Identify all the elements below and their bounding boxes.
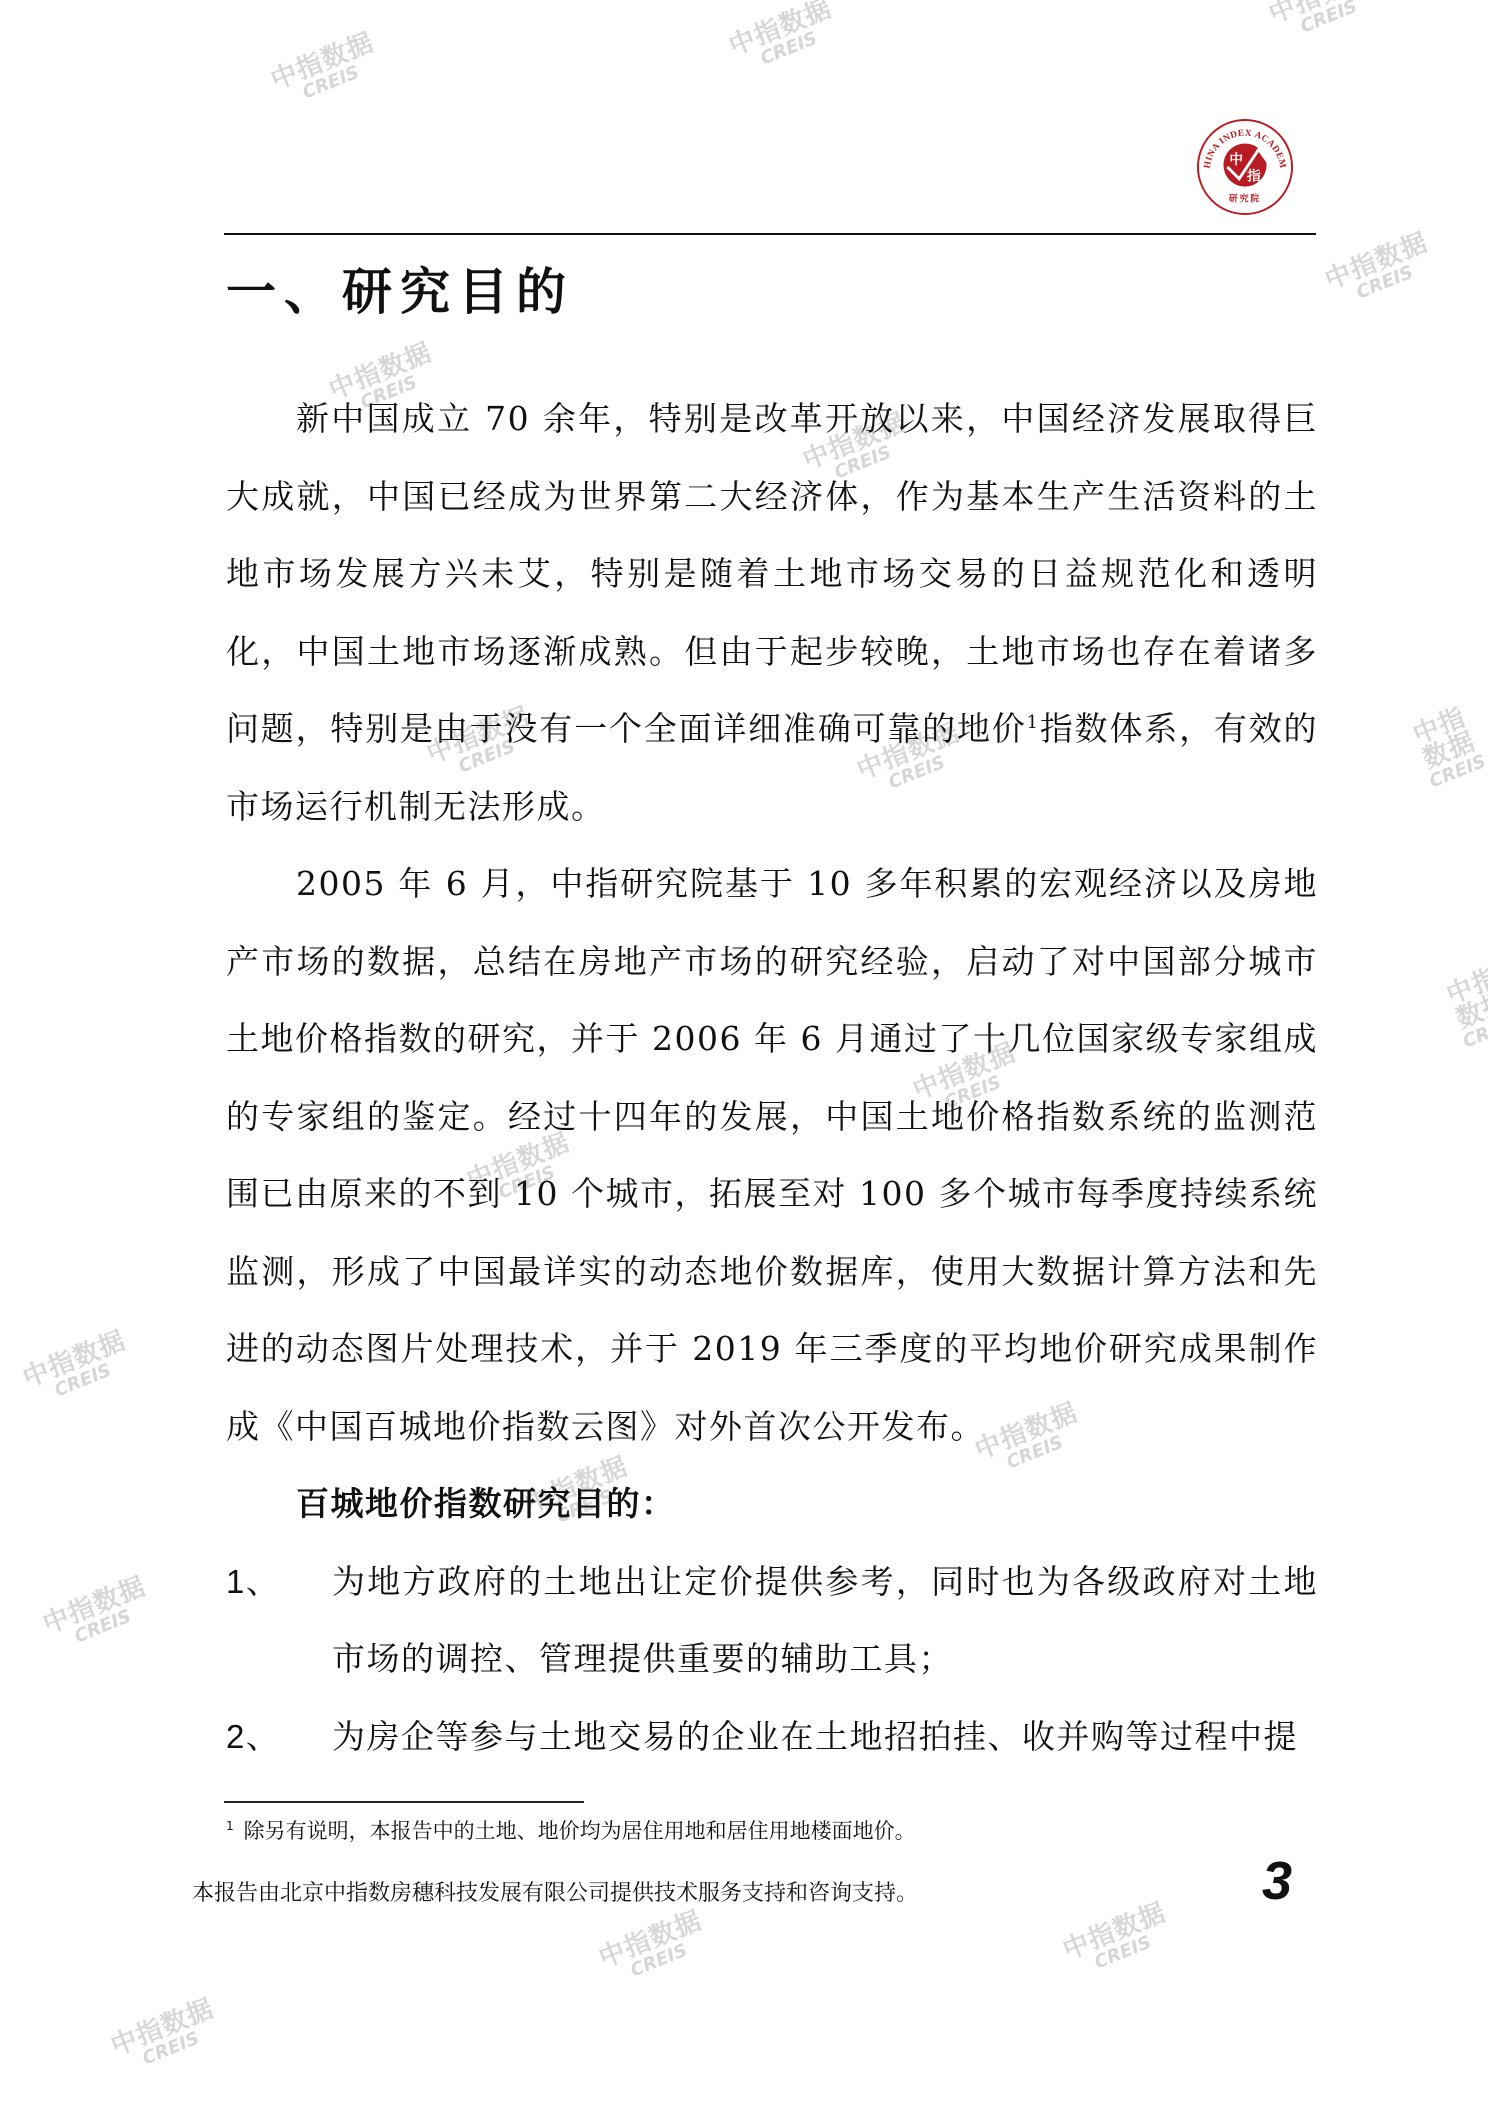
purpose-item: 1、 为地方政府的土地出让定价提供参考，同时也为各级政府对土地市场的调控、管理提… [226,1543,1318,1698]
watermark: 中指数据CREIS [268,29,385,111]
paragraph-text: 新中国成立 70 余年，特别是改革开放以来，中国经济发展取得巨大成就，中国已经成… [226,399,1318,748]
watermark: 中指数据CREIS [1322,229,1439,311]
footer-disclaimer: 本报告由北京中指数房穗科技发展有限公司提供技术服务支持和咨询支持。 [192,1876,918,1907]
purpose-item: 2、 为房企等参与土地交易的企业在土地招拍挂、收并购等过程中提 [226,1698,1318,1776]
intro-paragraph: 新中国成立 70 余年，特别是改革开放以来，中国经济发展取得巨大成就，中国已经成… [226,380,1318,845]
list-number: 2、 [226,1698,332,1776]
watermark: 中指数据CREIS [596,1907,713,1989]
svg-text:指: 指 [1246,168,1261,185]
footnote-reference[interactable]: 1 [1027,712,1040,733]
svg-text:中: 中 [1229,151,1243,168]
logo-emblem-icon: CHINA INDEX ACADEMY 中 指 研究院 [1196,118,1294,216]
watermark: 中指数据CREIS [1266,0,1383,46]
watermark: 中指数据CREIS [20,1327,137,1409]
watermark: 中指数据CREIS [108,1995,225,2077]
footnote-mark: 1 [226,1819,234,1833]
footnote: 1除另有说明，本报告中的土地、地价均为居住用地和居住用地楼面地价。 [226,1815,916,1845]
china-index-academy-logo: CHINA INDEX ACADEMY 中 指 研究院 [1196,118,1294,216]
footnote-divider [224,1801,584,1803]
watermark: 中指数据CREIS [40,1573,157,1655]
svg-text:研究院: 研究院 [1229,192,1261,204]
list-number: 1、 [226,1543,332,1698]
purposes-heading: 百城地价指数研究目的： [226,1465,1318,1543]
watermark: 中指数据CREIS [726,0,843,78]
list-text: 为房企等参与土地交易的企业在土地招拍挂、收并购等过程中提 [332,1698,1318,1776]
section-title: 一、研究目的 [226,252,574,324]
page-number: 3 [1262,1850,1292,1912]
watermark: 中指数据CREIS [1060,1899,1177,1981]
body-content: 新中国成立 70 余年，特别是改革开放以来，中国经济发展取得巨大成就，中国已经成… [226,380,1318,1775]
list-text: 为地方政府的土地出让定价提供参考，同时也为各级政府对土地市场的调控、管理提供重要… [332,1543,1318,1698]
watermark: 中指数据CREIS [1398,700,1488,796]
header-divider [224,233,1316,235]
watermark: 中指数据CREIS [1441,964,1488,1052]
history-paragraph: 2005 年 6 月，中指研究院基于 10 多年积累的宏观经济以及房地产市场的数… [226,845,1318,1465]
footnote-text: 除另有说明，本报告中的土地、地价均为居住用地和居住用地楼面地价。 [244,1819,916,1843]
